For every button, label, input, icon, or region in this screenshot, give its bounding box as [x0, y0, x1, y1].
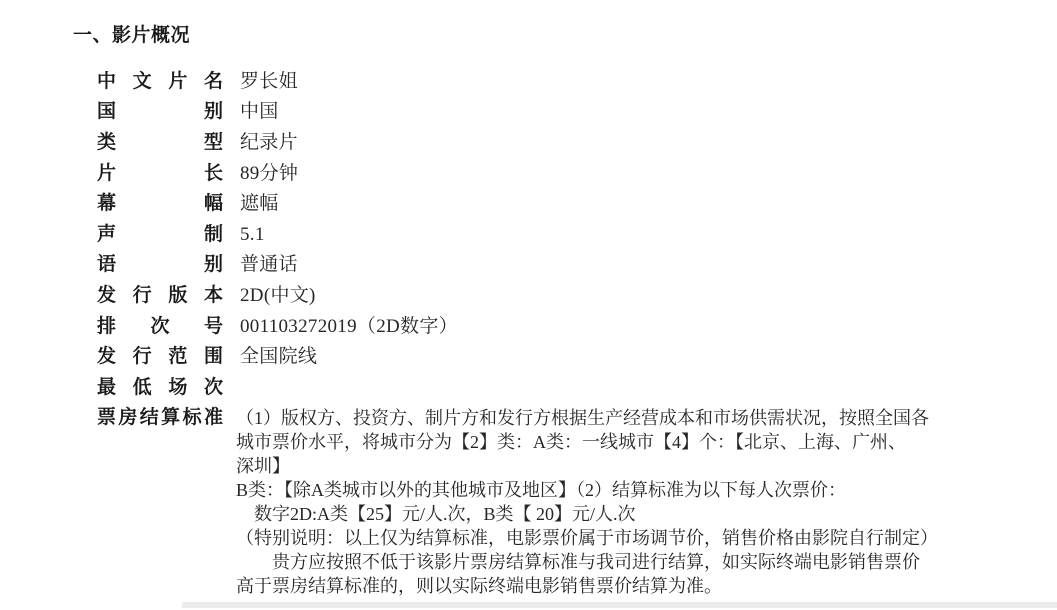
field-label: 中文片名: [97, 72, 223, 91]
section-heading: 一、影片概况: [73, 20, 190, 47]
field-value: 2D(中文): [240, 286, 316, 305]
settlement-line: 城市票价水平，将城市分为【2】类：A类：一线城市【4】个：【北京、上海、广州、: [236, 430, 1051, 454]
field-row: 发行版本 2D(中文): [97, 280, 458, 311]
field-row: 语别 普通话: [97, 250, 458, 281]
field-row: 声制 5.1: [97, 219, 458, 250]
field-label: 发行范围: [97, 347, 223, 366]
field-row: 发行范围 全国院线: [97, 341, 458, 372]
field-label: 国别: [97, 102, 223, 121]
settlement-line: 贵方应按照不低于该影片票房结算标准与我司进行结算，如实际终端电影销售票价: [236, 550, 1051, 574]
field-value: 全国院线: [240, 347, 317, 366]
settlement-line: 深圳】: [236, 454, 1051, 478]
field-value: 罗长姐: [240, 72, 298, 91]
field-label: 票房结算标准: [97, 408, 223, 427]
field-label: 发行版本: [97, 286, 223, 305]
field-value: 中国: [240, 102, 279, 121]
settlement-line: B类：【除A类城市以外的其他城市及地区】（2）结算标准为以下每人次票价：: [236, 478, 1051, 502]
film-overview-document: 一、影片概况 中文片名 罗长姐 国别 中国 类型 纪录片 片长 89分钟 幕幅 …: [0, 0, 1057, 610]
field-value: 普通话: [240, 255, 298, 274]
field-value: 89分钟: [240, 164, 298, 183]
settlement-line: 高于票房结算标准的，则以实际终端电影销售票价结算为准。: [236, 574, 1051, 598]
field-label: 类型: [97, 133, 223, 152]
field-value: 5.1: [240, 225, 265, 244]
page-edge-strip: [182, 602, 1057, 608]
field-label: 最低场次: [97, 378, 223, 397]
field-value: 遮幅: [240, 194, 279, 213]
settlement-line: 数字2D:A类【25】元/人.次，B类【 20】元/人.次: [236, 502, 1051, 526]
field-label: 语别: [97, 255, 223, 274]
field-value: 001103272019（2D数字）: [240, 317, 458, 336]
field-row: 片长 89分钟: [97, 158, 458, 189]
field-row: 排次号 001103272019（2D数字）: [97, 311, 458, 342]
field-row: 国别 中国: [97, 97, 458, 128]
field-label: 声制: [97, 225, 223, 244]
field-row: 中文片名 罗长姐: [97, 66, 458, 97]
settlement-line: （特别说明：以上仅为结算标准，电影票价属于市场调节价，销售价格由影院自行制定）: [236, 526, 1051, 550]
settlement-terms-paragraph: （1）版权方、投资方、制片方和发行方根据生产经营成本和市场供需状况，按照全国各城…: [236, 406, 1051, 598]
field-label: 片长: [97, 164, 223, 183]
field-row: 幕幅 遮幅: [97, 188, 458, 219]
field-row: 类型 纪录片: [97, 127, 458, 158]
field-label: 幕幅: [97, 194, 223, 213]
field-row: 最低场次: [97, 372, 458, 403]
settlement-line: （1）版权方、投资方、制片方和发行方根据生产经营成本和市场供需状况，按照全国各: [236, 406, 1051, 430]
field-value: 纪录片: [240, 133, 298, 152]
field-label: 排次号: [97, 317, 223, 336]
film-info-fields: 中文片名 罗长姐 国别 中国 类型 纪录片 片长 89分钟 幕幅 遮幅 声制 5…: [97, 66, 458, 433]
